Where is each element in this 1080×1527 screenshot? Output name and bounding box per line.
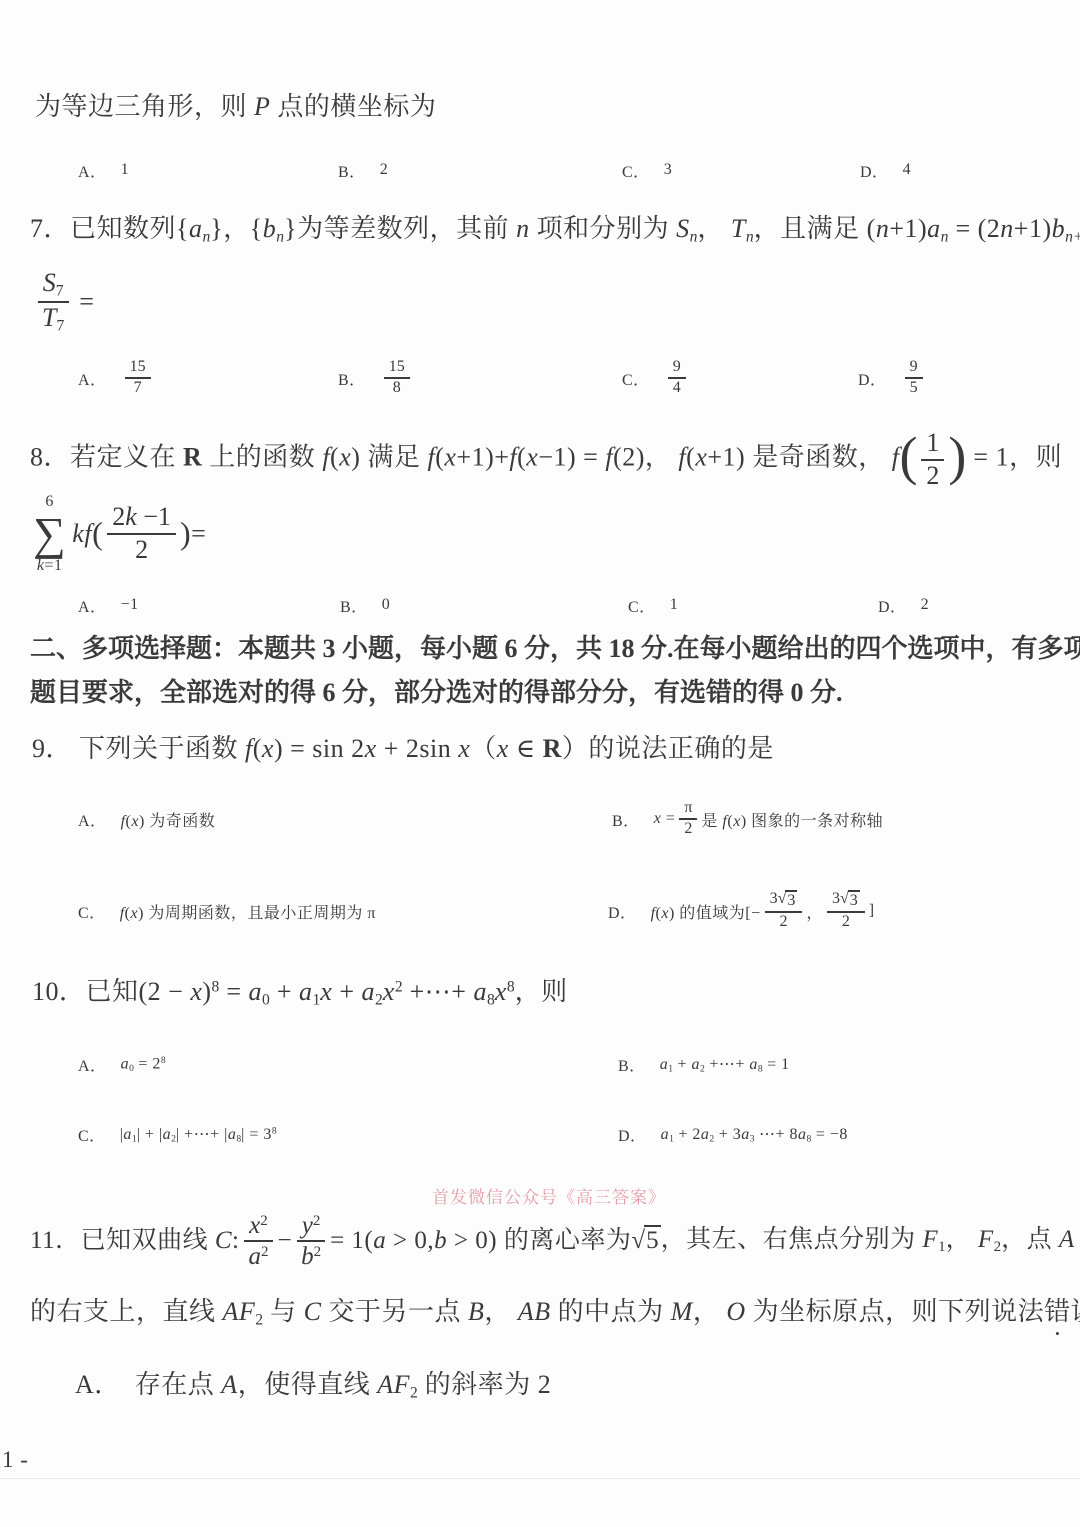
radical-icon: √ (631, 1225, 645, 1258)
q9-option-b: B．x = π2是 f(x) 图象的一条对称轴 (612, 782, 883, 856)
minus-sign: − (277, 1225, 292, 1258)
big-right-paren: ) (948, 426, 966, 486)
option-label: D． (858, 367, 887, 390)
option-text: |a1| + |a2| +⋯+ |a8| = 38 (120, 1124, 277, 1145)
option-label: A． (78, 1053, 107, 1076)
q7-option-b: B．158 (338, 342, 414, 414)
option-text: a1 + 2a2 + 3a3 ⋯+ 8a8 = −8 (661, 1124, 848, 1145)
q8-sum-expression: 6 ∑ k=1 kf ( 2k −12 ) = (33, 492, 206, 576)
option-text: f(x) 的值域为[− (651, 900, 761, 923)
q11-stem-text: ，其左、右焦点分别为 F1， F2，点 A 在 C (661, 1224, 1080, 1258)
section2-header-line2: 题目要求，全部选对的得 6 分，部分选对的得部分分，有选错的得 0 分. (30, 676, 843, 710)
option-value: 1 (670, 596, 679, 614)
fraction-y2-b2: y2b2 (296, 1211, 326, 1272)
option-label: D． (860, 159, 889, 182)
q7-options-row: A．157 B．158 C．94 D．95 (0, 342, 1080, 414)
option-label: D． (618, 1123, 647, 1146)
option-text: a1 + a2 +⋯+ a8 = 1 (660, 1054, 790, 1075)
q11-stem-line1: 11．已知双曲线 C: x2a2 − y2b2 = 1(a > 0,b > 0)… (30, 1202, 1080, 1280)
q9-option-c: C．f(x) 为周期函数，且最小正周期为 π (78, 872, 376, 950)
q8-option-d: D．2 (878, 586, 929, 624)
big-left-paren: ( (899, 426, 917, 486)
q7-stem: 7．已知数列{an}，{bn}为等差数列，其前 n 项和分别为 Sn， Tn，且… (30, 212, 1080, 248)
fraction-3root3-over-2: 3√32 (827, 890, 865, 931)
q7-expression: S7 T7 = (33, 262, 94, 342)
q11-stem-line2: 的右支上，直线 AF2 与 C 交于另一点 B， AB 的中点为 M， O 为坐… (30, 1295, 1080, 1341)
option-label: B． (338, 367, 366, 390)
option-value: 2 (921, 596, 930, 614)
sigma-symbol: ∑ (33, 511, 66, 557)
q8-stem-tail: ，则 (1009, 443, 1062, 472)
q11-stem-text: 11．已知双曲线 C: (30, 1225, 239, 1258)
option-text: f(x) 为奇函数 (121, 808, 216, 831)
page-number: 1 - (2, 1445, 28, 1475)
q10-option-a: A．a0 = 28 (78, 1042, 166, 1086)
kf-term: kf (72, 517, 92, 551)
option-label: A． (78, 594, 107, 617)
option-text: 是 f(x) 图象的一条对称轴 (701, 808, 883, 831)
q10-options-row-2: C．|a1| + |a2| +⋯+ |a8| = 38 D．a1 + 2a2 +… (0, 1112, 1080, 1156)
q9-options-row-2: C．f(x) 为周期函数，且最小正周期为 π D．f(x) 的值域为[−3√32… (0, 872, 1080, 950)
option-value: 1 (121, 161, 130, 179)
option-value: 2 (380, 161, 389, 179)
sqrt-5: √5 (631, 1225, 660, 1258)
q8-stem: 8．若定义在 R 上的函数 f(x) 满足 f(x+1)+f(x−1) = f(… (30, 428, 1062, 491)
equals-sign: = (79, 285, 94, 319)
option-value: 4 (903, 161, 912, 179)
option-label: C． (622, 367, 650, 390)
q7-option-c: C．94 (622, 342, 690, 414)
q11-option-a: A．存在点 A，使得直线 AF2 的斜率为 2 (75, 1368, 551, 1404)
option-label: C． (622, 159, 650, 182)
q10-stem: 10．已知(2 − x)8 = a0 + a1x + a2x2 +⋯+ a8x8… (32, 975, 568, 1011)
option-label: B． (612, 808, 640, 831)
q8-options-row: A．−1 B．0 C．1 D．2 (0, 586, 1080, 624)
equals-one: = 1 (966, 443, 1009, 472)
fraction-s7-t7: S7 T7 (37, 268, 69, 336)
q8-stem-text: 8．若定义在 R 上的函数 f(x) 满足 f(x+1)+f(x−1) = f(… (30, 443, 892, 472)
q6-options-row: A．1 B．2 C．3 D．4 (0, 150, 1080, 190)
option-text: 存在点 A，使得直线 AF2 的斜率为 2 (135, 1370, 552, 1399)
option-label: A． (75, 1370, 121, 1399)
q11-stem-text: = 1(a > 0,b > 0) 的离心率为 (330, 1225, 631, 1258)
exam-page: 为等边三角形，则 P 点的横坐标为 A．1 B．2 C．3 D．4 7．已知数列… (0, 0, 1080, 1527)
q8-option-c: C．1 (628, 586, 678, 624)
sigma-lower-limit: k=1 (37, 557, 63, 575)
q10-option-d: D．a1 + 2a2 + 3a3 ⋯+ 8a8 = −8 (618, 1112, 848, 1156)
left-paren: ( (92, 513, 103, 555)
option-value: 3 (664, 161, 673, 179)
option-value: −1 (121, 596, 139, 614)
q10-options-row-1: A．a0 = 28 B．a1 + a2 +⋯+ a8 = 1 (0, 1042, 1080, 1086)
option-text: f(x) 为周期函数，且最小正周期为 π (120, 900, 376, 923)
equals-sign: = (191, 517, 206, 551)
q10-option-c: C．|a1| + |a2| +⋯+ |a8| = 38 (78, 1112, 277, 1156)
fraction-3root3-over-2: 3√32 (765, 890, 803, 931)
option-label: A． (78, 367, 107, 390)
q8-option-a: A．−1 (78, 586, 139, 624)
fraction-pi-over-2: π2 (679, 799, 697, 839)
fraction-2k-1-over-2: 2k −12 (107, 502, 176, 565)
option-label: D． (878, 594, 907, 617)
option-label: C． (78, 1123, 106, 1146)
option-label: C． (628, 594, 656, 617)
fraction: 158 (384, 358, 410, 398)
fraction: 94 (668, 358, 686, 398)
fraction-one-half: 12 (921, 428, 944, 491)
section2-header-line1: 二、多项选择题：本题共 3 小题，每小题 6 分，共 18 分.在每小题给出的四… (30, 632, 1080, 666)
q6-stem-tail: 为等边三角形，则 P 点的横坐标为 (35, 90, 436, 124)
option-text: a0 = 28 (121, 1055, 166, 1074)
option-text: x = (654, 810, 676, 828)
option-value: 0 (382, 596, 391, 614)
fraction: 95 (905, 358, 923, 398)
sigma-notation: 6 ∑ k=1 (33, 493, 66, 574)
q10-option-b: B．a1 + a2 +⋯+ a8 = 1 (618, 1042, 790, 1086)
q8-option-b: B．0 (340, 586, 390, 624)
option-label: B． (340, 594, 368, 617)
option-label: B． (618, 1053, 646, 1076)
option-label: A． (78, 159, 107, 182)
option-label: B． (338, 159, 366, 182)
q7-option-a: A．157 (78, 342, 155, 414)
q6-option-a: A．1 (78, 150, 129, 190)
bracket-close: ] (869, 902, 875, 920)
q6-option-b: B．2 (338, 150, 388, 190)
right-paren: ) (180, 513, 191, 555)
option-label: A． (78, 808, 107, 831)
footer-rule (0, 1478, 1080, 1479)
q6-option-d: D．4 (860, 150, 911, 190)
q6-option-c: C．3 (622, 150, 672, 190)
fraction-x2-a2: x2a2 (243, 1211, 273, 1272)
fraction: 157 (125, 358, 151, 398)
q7-option-d: D．95 (858, 342, 927, 414)
option-label: D． (608, 900, 637, 923)
comma: ， (806, 900, 823, 923)
q9-stem: 9． 下列关于函数 f(x) = sin 2x + 2sin x（x ∈ R）的… (32, 732, 774, 766)
option-label: C． (78, 900, 106, 923)
q9-options-row-1: A．f(x) 为奇函数 B．x = π2是 f(x) 图象的一条对称轴 (0, 782, 1080, 856)
q9-option-a: A．f(x) 为奇函数 (78, 782, 215, 856)
q9-option-d: D．f(x) 的值域为[−3√32，3√32] (608, 872, 875, 950)
